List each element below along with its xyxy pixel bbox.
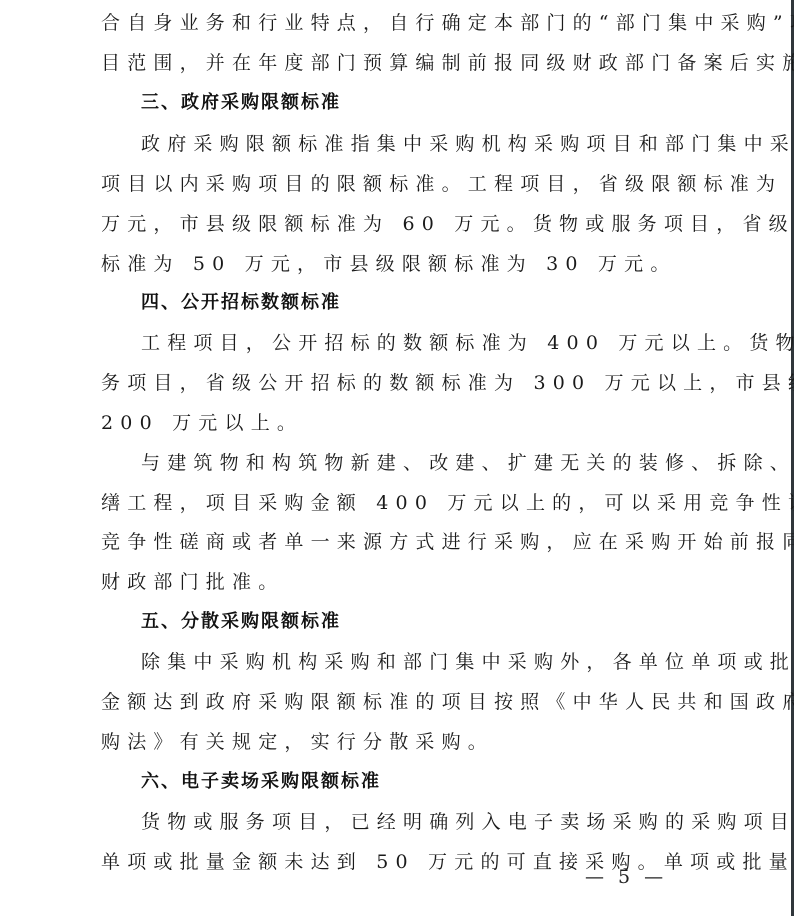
body-line: 除集中采购机构采购和部门集中采购外，各单位单项或批量 bbox=[101, 642, 691, 682]
body-line: 与建筑物和构筑物新建、改建、扩建无关的装修、拆除、修 bbox=[101, 443, 691, 483]
body-line: 务项目，省级公开招标的数额标准为 300 万元以上，市县级为 bbox=[101, 363, 691, 403]
body-line: 合自身业务和行业特点，自行确定本部门的“部门集中采购”项 bbox=[101, 3, 691, 43]
section-heading: 五、分散采购限额标准 bbox=[141, 602, 341, 642]
body-line: 购法》有关规定，实行分散采购。 bbox=[101, 722, 691, 762]
section-heading: 四、公开招标数额标准 bbox=[141, 283, 341, 323]
body-line: 项目以内采购项目的限额标准。工程项目，省级限额标准为 80 bbox=[101, 164, 691, 204]
body-line: 200 万元以上。 bbox=[101, 403, 691, 443]
body-line: 财政部门批准。 bbox=[101, 562, 691, 602]
page-number: — 5 — bbox=[585, 862, 667, 892]
body-line: 工程项目，公开招标的数额标准为 400 万元以上。货物或服 bbox=[101, 323, 691, 363]
section-heading: 三、政府采购限额标准 bbox=[141, 83, 341, 123]
body-line: 竞争性磋商或者单一来源方式进行采购，应在采购开始前报同级 bbox=[101, 522, 691, 562]
body-line: 政府采购限额标准指集中采购机构采购项目和部门集中采购 bbox=[101, 124, 691, 164]
body-line: 货物或服务项目，已经明确列入电子卖场采购的采购项目， bbox=[101, 802, 691, 842]
body-line: 标准为 50 万元，市县级限额标准为 30 万元。 bbox=[101, 244, 691, 284]
section-heading: 六、电子卖场采购限额标准 bbox=[141, 762, 381, 802]
body-line: 金额达到政府采购限额标准的项目按照《中华人民共和国政府采 bbox=[101, 682, 691, 722]
body-line: 缮工程，项目采购金额 400 万元以上的，可以采用竞争性谈判、 bbox=[101, 483, 691, 523]
body-line: 目范围，并在年度部门预算编制前报同级财政部门备案后实施。 bbox=[101, 43, 691, 83]
body-line: 万元，市县级限额标准为 60 万元。货物或服务项目，省级限额 bbox=[101, 204, 691, 244]
